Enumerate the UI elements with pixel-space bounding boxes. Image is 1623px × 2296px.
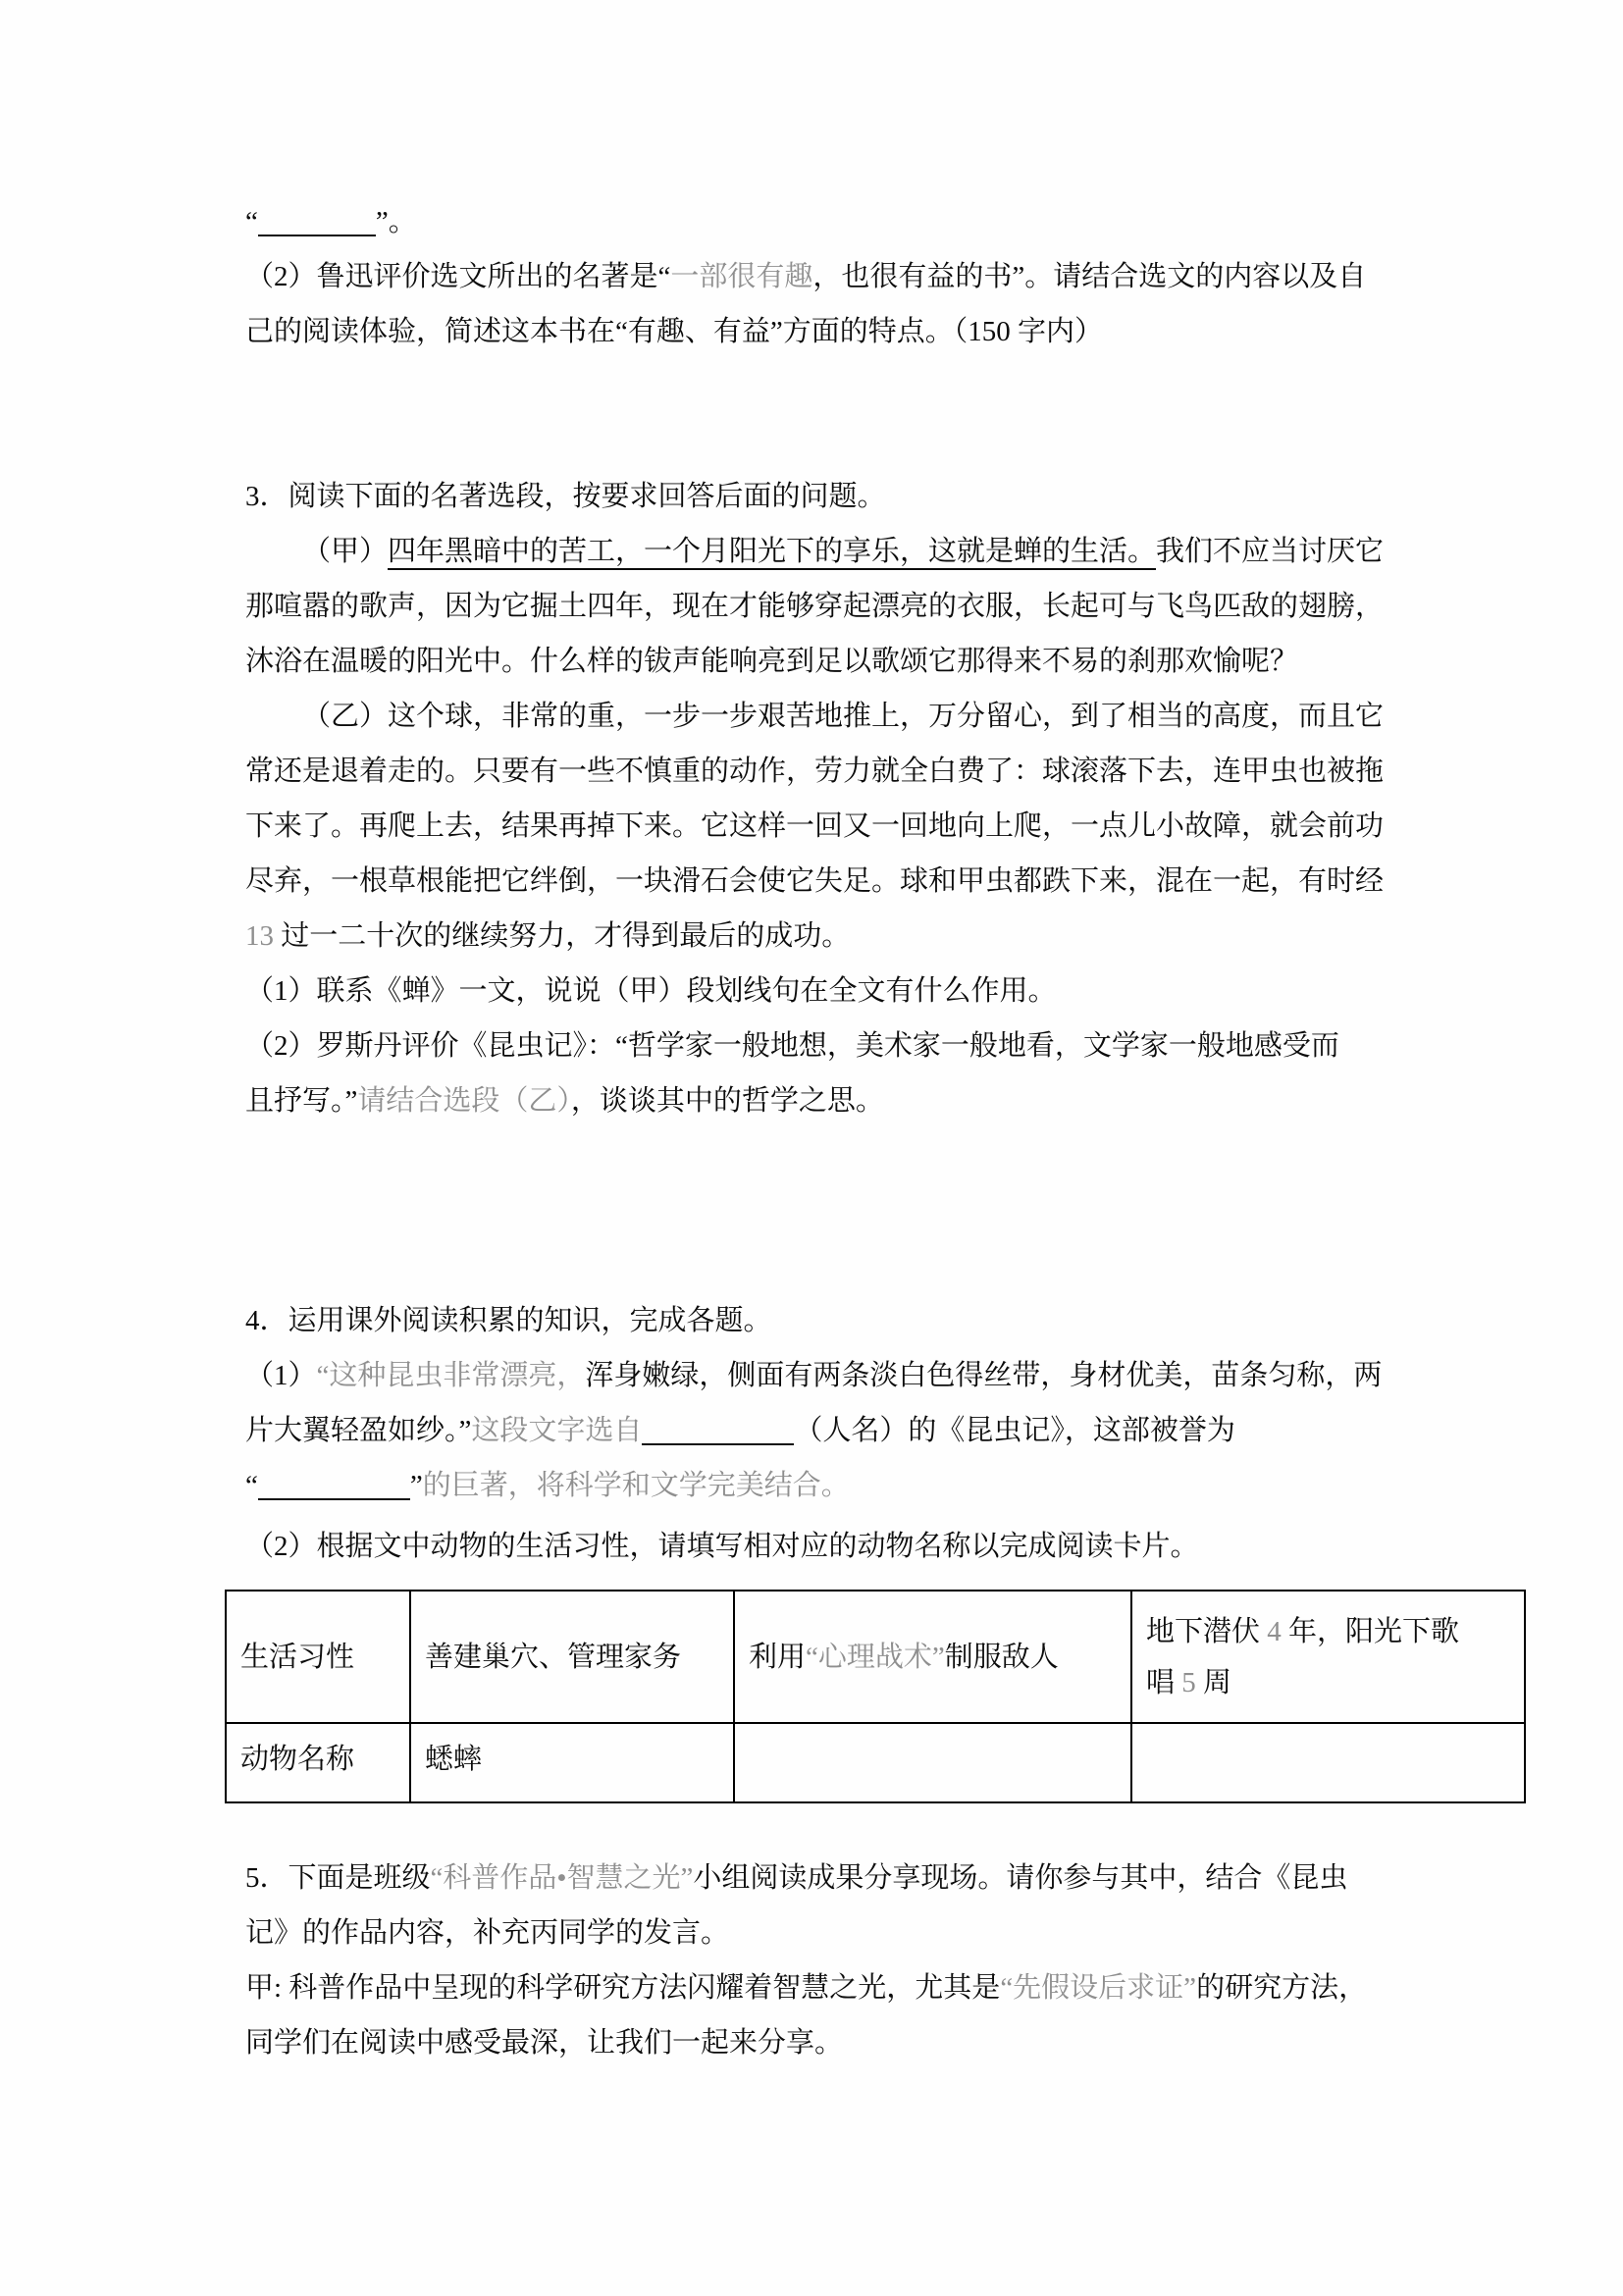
- q5-line2-text: 记》的作品内容，补充丙同学的发言。: [245, 1917, 729, 1949]
- close-quote: ”: [410, 1470, 423, 1501]
- answer-blank: [258, 1469, 410, 1500]
- habit-header: 生活习性: [240, 1642, 354, 1673]
- q3-yi-line-5: 13 过一二十次的继续努力，才得到最后的成功。: [245, 909, 1413, 964]
- habit-2c: 制服敌人: [945, 1642, 1059, 1673]
- yi-line4: 尽弃，一根草根能把它绊倒，一块滑石会使它失足。球和甲虫都跌下来，混在一起，有时经: [245, 865, 1384, 897]
- q5-jia-line2-text: 同学们在阅读中感受最深，让我们一起来分享。: [245, 2027, 843, 2059]
- habit-cell-cricket: 善建巢穴、管理家务: [410, 1591, 734, 1723]
- habit-2-gray: “心理战术”: [806, 1642, 945, 1673]
- document-page: “”。 （2）鲁迅评价选文所出的名著是“一部很有趣，也很有益的书”。请结合选文的…: [0, 0, 1623, 2296]
- q4-s1-line-2: 片大翼轻盈如纱。”这段文字选自（人名）的《昆虫记》，这部被誉为: [245, 1403, 1413, 1458]
- yi-line1: 这个球，非常的重，一步一步艰苦地推上，万分留心，到了相当的高度，而且它: [388, 701, 1384, 732]
- habit-cell-cicada: 地下潜伏 4 年，阳光下歌唱 5 周: [1131, 1591, 1525, 1723]
- q2-text-cont: ，也很有益的书”。请结合选文的内容以及自: [812, 261, 1366, 292]
- q5-jia-line-1: 甲: 科普作品中呈现的科学研究方法闪耀着智慧之光，尤其是“先假设后求证”的研究方…: [245, 1960, 1413, 2015]
- q3-title-text: 3．阅读下面的名著选段，按要求回答后面的问题。: [245, 481, 886, 512]
- q3-sub2-line-1: （2）罗斯丹评价《昆虫记》：“哲学家一般地想，美术家一般地看，文学家一般地感受而: [245, 1018, 1413, 1073]
- animal-1: 蟋蟀: [425, 1744, 482, 1775]
- q4-s1-i-gray: 的巨著，将科学和文学完美结合。: [423, 1470, 850, 1501]
- q5-group-name-gray: “科普作品•智慧之光”: [431, 1862, 694, 1894]
- jia-line3: 沐浴在温暖的阳光中。什么样的钹声能响亮到足以歌颂它那得来不易的刹那欢愉呢？: [245, 646, 1298, 677]
- open-quote: “: [245, 206, 258, 237]
- q5-line-2: 记》的作品内容，补充丙同学的发言。: [245, 1905, 1413, 1960]
- q2-text-2: 己的阅读体验，简述这本书在“有趣、有益”方面的特点。（150 字内）: [245, 316, 1103, 347]
- q2-line-1: （2）鲁迅评价选文所出的名著是“一部很有趣，也很有益的书”。请结合选文的内容以及…: [245, 249, 1413, 304]
- q4-title: 4．运用课外阅读积累的知识，完成各题。: [245, 1293, 1413, 1348]
- q3-sub1-text: （1）联系《蝉》一文，说说（甲）段划线句在全文有什么作用。: [245, 975, 1057, 1007]
- habit-3-num1: 4: [1267, 1616, 1282, 1647]
- stray-page-number: 13: [245, 920, 274, 952]
- yi-line5: 过一二十次的继续努力，才得到最后的成功。: [274, 920, 850, 952]
- q4-title-text: 4．运用课外阅读积累的知识，完成各题。: [245, 1305, 772, 1336]
- animal-cell-blank-2: [1131, 1723, 1525, 1802]
- q3-yi-line-2: 常还是退着走的。只要有一些不慎重的动作，劳力就全白费了：球滚落下去，连甲虫也被拖: [245, 744, 1413, 799]
- animal-cell-blank-1: [734, 1723, 1131, 1802]
- q4-s1-num: （1）: [245, 1360, 317, 1391]
- q3-jia-line-1: （甲）四年黑暗中的苦工，一个月阳光下的享乐，这就是蝉的生活。我们不应当讨厌它: [245, 524, 1413, 579]
- q4-s1-line-1: （1）“这种昆虫非常漂亮，浑身嫩绿，侧面有两条淡白色得丝带，身材优美，苗条匀称，…: [245, 1348, 1413, 1403]
- animal-header-cell: 动物名称: [226, 1723, 410, 1802]
- habit-3d: 唱: [1146, 1667, 1181, 1698]
- habit-3c: 年，阳光下歌: [1282, 1616, 1459, 1647]
- q4-s2-line: （2）根据文中动物的生活习性，请填写相对应的动物名称以完成阅读卡片。: [245, 1519, 1413, 1574]
- q3-yi-line-1: （乙）这个球，非常的重，一步一步艰苦地推上，万分留心，到了相当的高度，而且它: [245, 689, 1413, 744]
- habit-header-cell: 生活习性: [226, 1591, 410, 1723]
- jia-rest: 我们不应当讨厌它: [1156, 536, 1384, 567]
- q5-method-gray: “先假设后求证”: [1000, 1972, 1196, 2004]
- q3-yi-line-3: 下来了。再爬上去，结果再掉下来。它这样一回又一回地向上爬，一点儿小故障，就会前功: [245, 799, 1413, 854]
- q3-sub2-d: ，谈谈其中的哲学之思。: [571, 1085, 884, 1117]
- q3-yi-line-4: 尽弃，一根草根能把它绊倒，一块滑石会使它失足。球和甲虫都跌下来，混在一起，有时经: [245, 854, 1413, 909]
- q3-jia-line-2: 那喧嚣的歌声，因为它掘土四年，现在才能够穿起漂亮的衣服，长起可与飞鸟匹敌的翅膀，: [245, 579, 1413, 634]
- animal-header: 动物名称: [240, 1744, 354, 1775]
- q4-s1-text: 浑身嫩绿，侧面有两条淡白色得丝带，身材优美，苗条匀称，两: [585, 1360, 1382, 1391]
- yi-line2: 常还是退着走的。只要有一些不慎重的动作，劳力就全白费了：球滚落下去，连甲虫也被拖: [245, 756, 1384, 787]
- habit-row: 生活习性 善建巢穴、管理家务 利用“心理战术”制服敌人 地下潜伏 4 年，阳光下…: [226, 1591, 1525, 1723]
- q5-jia-line-2: 同学们在阅读中感受最深，让我们一起来分享。: [245, 2015, 1413, 2070]
- q5-c: 小组阅读成果分享现场。请你参与其中，结合《昆虫: [693, 1862, 1347, 1894]
- q3-sub2-line-2: 且抒写。”请结合选段（乙），谈谈其中的哲学之思。: [245, 1073, 1413, 1128]
- habit-2a: 利用: [749, 1642, 806, 1673]
- habit-1: 善建巢穴、管理家务: [425, 1642, 681, 1673]
- q3-jia-line-3: 沐浴在温暖的阳光中。什么样的钹声能响亮到足以歌颂它那得来不易的刹那欢愉呢？: [245, 634, 1413, 689]
- q3-sub2-text: （2）罗斯丹评价《昆虫记》：“哲学家一般地想，美术家一般地看，文学家一般地感受而: [245, 1030, 1339, 1062]
- reading-card-table: 生活习性 善建巢穴、管理家务 利用“心理战术”制服敌人 地下潜伏 4 年，阳光下…: [225, 1590, 1526, 1803]
- habit-3f: 周: [1196, 1667, 1231, 1698]
- q5-line-1: 5．下面是班级“科普作品•智慧之光”小组阅读成果分享现场。请你参与其中，结合《昆…: [245, 1851, 1413, 1905]
- q2-quoted-phrase: 一部很有趣: [670, 261, 812, 292]
- q4-s1-line-3: “”的巨著，将科学和文学完美结合。: [245, 1458, 1413, 1513]
- q4-s1-gray-quote: “这种昆虫非常漂亮，: [317, 1360, 586, 1391]
- jia-label: （甲）: [302, 536, 388, 567]
- animal-name-row: 动物名称 蟋蟀: [226, 1723, 1525, 1802]
- answer-space: [245, 359, 1413, 469]
- q5-jia-c: 的研究方法，: [1196, 1972, 1367, 2004]
- answer-space: [245, 1128, 1413, 1293]
- q2-text: （2）鲁迅评价选文所出的名著是“: [245, 261, 670, 292]
- q5-a: 5．下面是班级: [245, 1862, 431, 1894]
- answer-blank: [642, 1414, 794, 1445]
- q5-jia-a: 甲: 科普作品中呈现的科学研究方法闪耀着智慧之光，尤其是: [245, 1972, 1000, 2004]
- open-quote: “: [245, 1470, 258, 1501]
- habit-3a: 地下潜伏: [1146, 1616, 1267, 1647]
- q4-s1-d: 片大翼轻盈如纱。”: [245, 1415, 471, 1446]
- document-content: “”。 （2）鲁迅评价选文所出的名著是“一部很有趣，也很有益的书”。请结合选文的…: [245, 194, 1413, 2070]
- q4-s2-text: （2）根据文中动物的生活习性，请填写相对应的动物名称以完成阅读卡片。: [245, 1531, 1199, 1562]
- q3-sub1: （1）联系《蝉》一文，说说（甲）段划线句在全文有什么作用。: [245, 964, 1413, 1018]
- jia-underlined-sentence: 四年黑暗中的苦工，一个月阳光下的享乐，这就是蝉的生活。: [388, 536, 1156, 570]
- q3-sub2-gray: 请结合选段（乙）: [357, 1085, 571, 1117]
- close-quote: ”。: [376, 206, 417, 237]
- q2-blank-answer-line: “”。: [245, 194, 1413, 249]
- q4-s1-f: （人名）的《昆虫记》，这部被誉为: [794, 1415, 1235, 1446]
- q2-line-2: 己的阅读体验，简述这本书在“有趣、有益”方面的特点。（150 字内）: [245, 304, 1413, 359]
- answer-blank: [258, 205, 376, 236]
- habit-cell-mantis: 利用“心理战术”制服敌人: [734, 1591, 1131, 1723]
- q3-sub2-b: 且抒写。”: [245, 1085, 357, 1117]
- jia-line2: 那喧嚣的歌声，因为它掘土四年，现在才能够穿起漂亮的衣服，长起可与飞鸟匹敌的翅膀，: [245, 591, 1384, 622]
- habit-3-num2: 5: [1181, 1667, 1196, 1698]
- q3-title: 3．阅读下面的名著选段，按要求回答后面的问题。: [245, 469, 1413, 524]
- animal-cell-cricket: 蟋蟀: [410, 1723, 734, 1802]
- yi-label: （乙）: [302, 701, 388, 732]
- yi-line3: 下来了。再爬上去，结果再掉下来。它这样一回又一回地向上爬，一点儿小故障，就会前功: [245, 810, 1384, 842]
- q4-s1-e-gray: 这段文字选自: [471, 1415, 642, 1446]
